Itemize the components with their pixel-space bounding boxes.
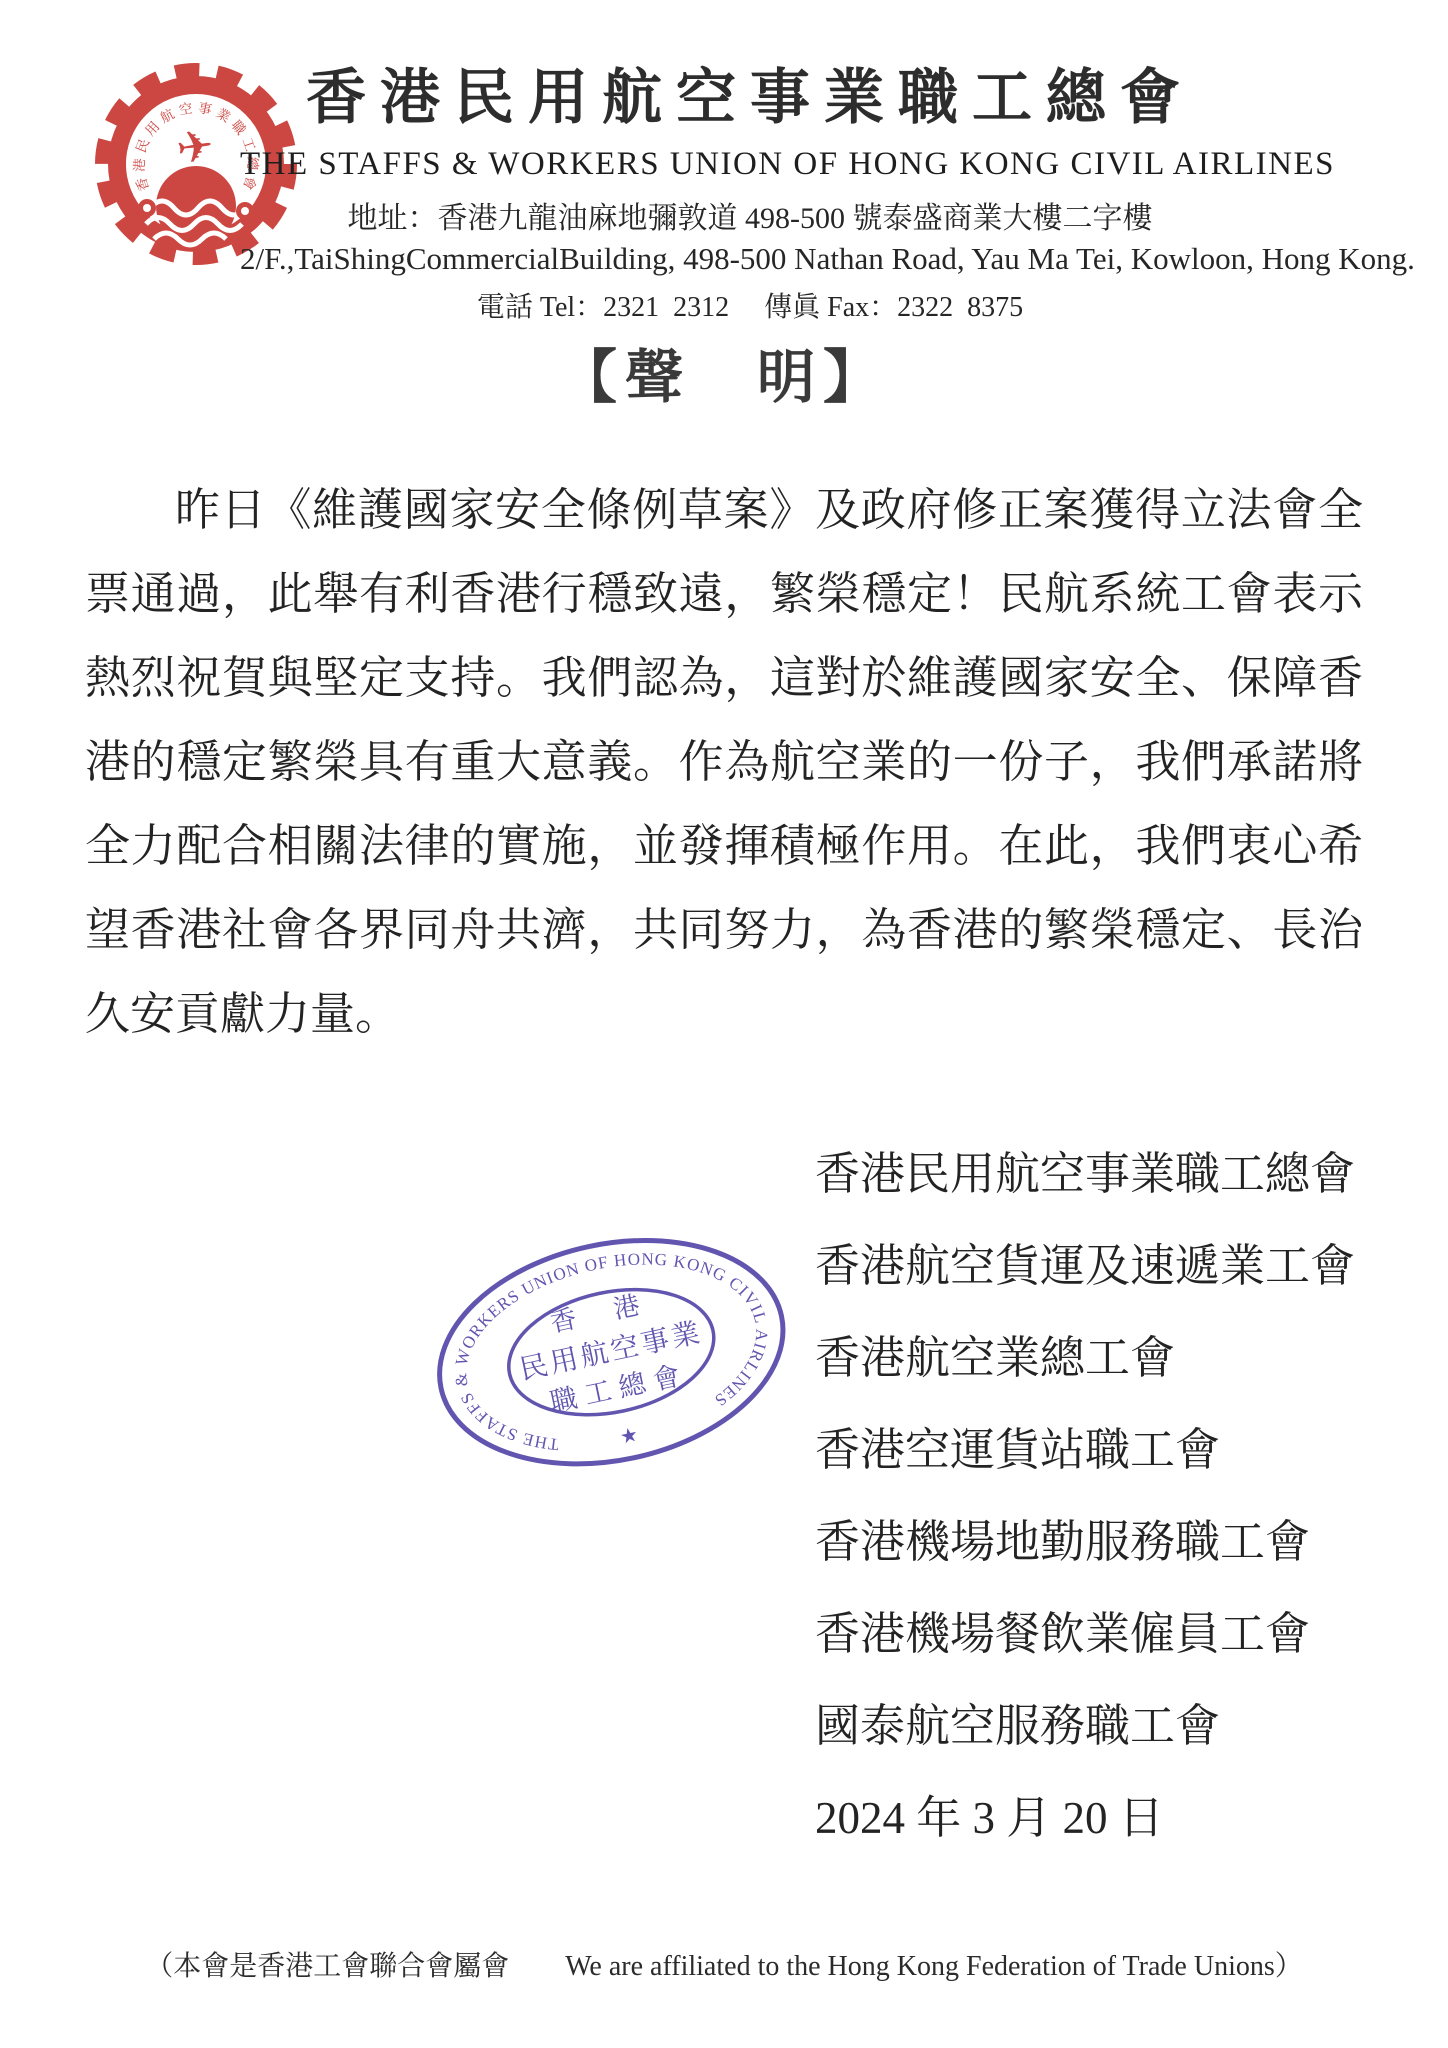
signatory-union: 香港空運貨站職工會 <box>815 1404 1355 1496</box>
stamp-seal-icon: THE STAFFS & WORKERS UNION OF HONG KONG … <box>410 1203 816 1509</box>
org-name-english: THE STAFFS & WORKERS UNION OF HONG KONG … <box>240 146 1260 183</box>
affiliation-footer: （本會是香港工會聯合會屬會 We are affiliated to the H… <box>0 1944 1448 1984</box>
statement-line: 熱烈祝賀與堅定支持。我們認為，這對於維護國家安全、保障香 <box>85 636 1363 720</box>
statement-line: 港的穩定繁榮具有重大意義。作為航空業的一份子，我們承諾將 <box>85 720 1363 804</box>
signatory-union: 國泰航空服務職工會 <box>815 1680 1355 1772</box>
statement-line: 票通過，此舉有利香港行穩致遠，繁榮穩定！民航系統工會表示 <box>85 552 1363 636</box>
signature-block: 香港民用航空事業職工總會 香港航空貨運及速遞業工會 香港航空業總工會 香港空運貨… <box>815 1128 1355 1864</box>
statement-heading: 【聲 明】 <box>0 330 1448 414</box>
signatory-union: 香港機場地勤服務職工會 <box>815 1496 1355 1588</box>
statement-letter-page: 香港民用航空事業職工總會 ✈ 香港民用航空事業職工總會 THE STAFFS &… <box>0 0 1448 2048</box>
org-name-chinese: 香港民用航空事業職工總會 <box>240 50 1260 136</box>
signatory-union: 香港機場餐飲業僱員工會 <box>815 1588 1355 1680</box>
stamp-star-icon: ★ <box>618 1424 640 1449</box>
statement-line: 全力配合相關法律的實施，並發揮積極作用。在此，我們衷心希 <box>85 804 1363 888</box>
statement-line: 久安貢獻力量。 <box>85 972 1363 1056</box>
union-stamp: THE STAFFS & WORKERS UNION OF HONG KONG … <box>410 1203 816 1509</box>
address-english: 2/F.,TaiShingCommercialBuilding, 498-500… <box>240 241 1260 277</box>
signatory-union: 香港航空業總工會 <box>815 1312 1355 1404</box>
letterhead: 香港民用航空事業職工總會 THE STAFFS & WORKERS UNION … <box>240 50 1260 325</box>
statement-date: 2024 年 3 月 20 日 <box>815 1772 1355 1864</box>
tel-fax-line: 電話 Tel：2321 2312 傳眞 Fax：2322 8375 <box>240 285 1260 325</box>
statement-line: 昨日《維護國家安全條例草案》及政府修正案獲得立法會全 <box>85 468 1363 552</box>
signatory-union: 香港民用航空事業職工總會 <box>815 1128 1355 1220</box>
wave-curl <box>143 204 151 212</box>
statement-body: 昨日《維護國家安全條例草案》及政府修正案獲得立法會全 票通過，此舉有利香港行穩致… <box>85 468 1363 1056</box>
statement-line: 望香港社會各界同舟共濟，共同努力，為香港的繁榮穩定、長治 <box>85 888 1363 972</box>
address-chinese: 地址：香港九龍油麻地彌敦道 498-500 號泰盛商業大樓二字樓 <box>240 193 1260 237</box>
signatory-union: 香港航空貨運及速遞業工會 <box>815 1220 1355 1312</box>
